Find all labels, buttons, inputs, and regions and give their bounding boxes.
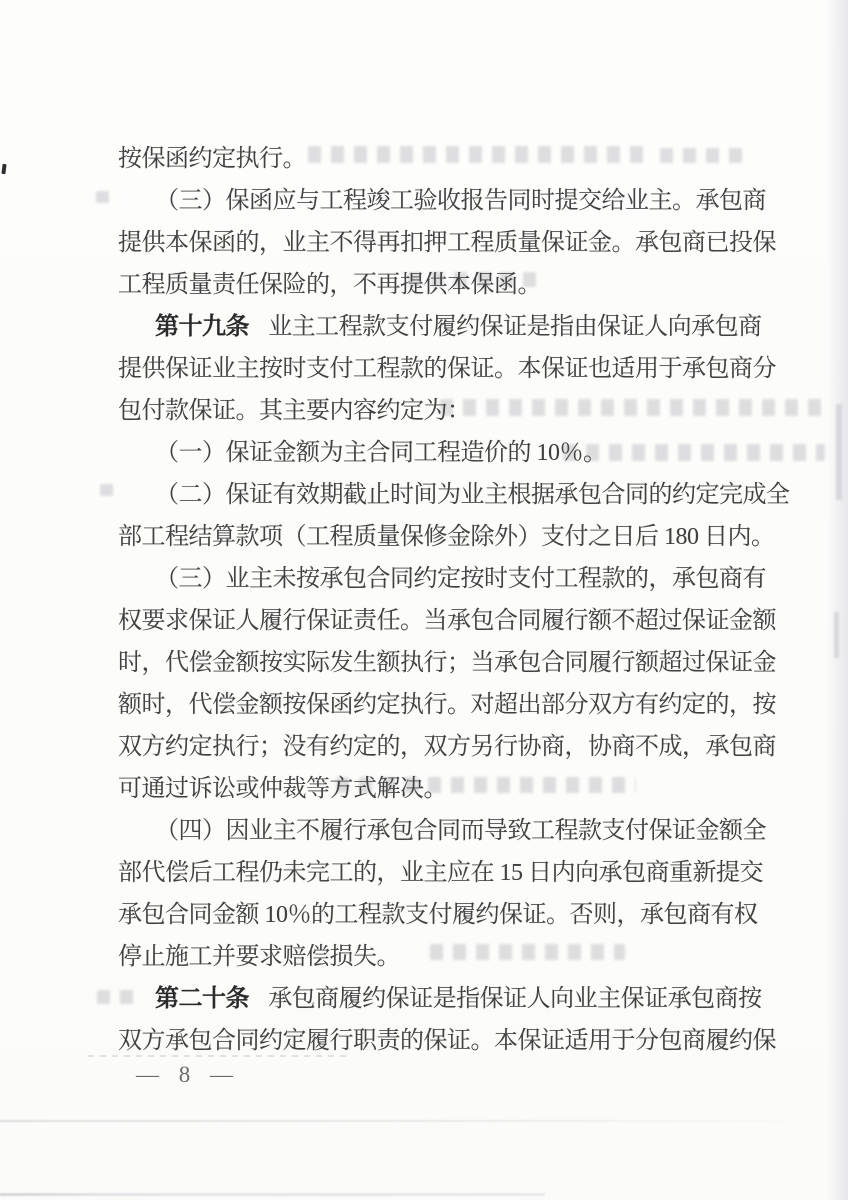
scan-bottom-streak (0, 1193, 545, 1196)
text-line: 承包合同金额 10％的工程款支付履约保证。否则，承包商有权 (118, 894, 762, 936)
scan-streak (0, 1120, 820, 1122)
line-text: 承包商履约保证是指保证人向业主保证承包商按 (268, 986, 762, 1012)
article-number: 第十九条 (155, 313, 249, 340)
document-body: 按保函约定执行。 （三）保函应与工程竣工验收报告同时提交给业主。承包商 提供本保… (118, 138, 762, 1062)
text-line: 部代偿后工程仍未完工的，业主应在 15 日内向承包商重新提交 (118, 852, 762, 894)
scan-right-shadow (826, 0, 848, 1200)
text-line: 提供保证业主按时支付工程款的保证。本保证也适用于承包商分 (118, 348, 762, 390)
page-number: — 8 — (136, 1060, 240, 1090)
scan-edge-tick (1, 164, 6, 174)
text-line: 可通过诉讼或仲裁等方式解决。 (118, 768, 762, 810)
bleed-through-smudge (100, 484, 118, 496)
text-line: 工程质量责任保险的，不再提供本保函。 (118, 264, 762, 306)
article-number: 第二十条 (155, 985, 249, 1012)
text-line: 包付款保证。其主要内容约定为： (118, 390, 762, 432)
scanned-document-page: 按保函约定执行。 （三）保函应与工程竣工验收报告同时提交给业主。承包商 提供本保… (0, 0, 848, 1200)
text-line: （三）保函应与工程竣工验收报告同时提交给业主。承包商 (118, 180, 762, 222)
text-line: 停止施工并要求赔偿损失。 (118, 936, 762, 978)
article-19-heading-line: 第十九条业主工程款支付履约保证是指由保证人向承包商 (118, 306, 762, 348)
text-line: （二）保证有效期截止时间为业主根据承包合同的约定完成全 (118, 474, 762, 516)
text-line: 按保函约定执行。 (118, 138, 762, 180)
text-line: （四）因业主不履行承包合同而导致工程款支付保证金额全 (118, 810, 762, 852)
text-line: 双方承包合同约定履行职责的保证。本保证适用于分包商履约保 (118, 1020, 762, 1062)
text-line: 部工程结算款项（工程质量保修金除外）支付之日后 180 日内。 (118, 516, 762, 558)
text-line: （三）业主未按承包合同约定按时支付工程款的，承包商有 (118, 558, 762, 600)
text-line: 双方约定执行；没有约定的，双方另行协商，协商不成，承包商 (118, 726, 762, 768)
bleed-through-smudge (96, 191, 114, 203)
text-line: 权要求保证人履行保证责任。当承包合同履行额不超过保证金额 (118, 600, 762, 642)
text-line: 额时，代偿金额按保函约定执行。对超出部分双方有约定的，按 (118, 684, 762, 726)
text-line: （一）保证金额为主合同工程造价的 10％。 (118, 432, 762, 474)
text-line: 提供本保函的，业主不得再扣押工程质量保证金。承包商已投保 (118, 222, 762, 264)
text-line: 时，代偿金额按实际发生额执行；当承包合同履行额超过保证金 (118, 642, 762, 684)
line-text: 业主工程款支付履约保证是指由保证人向承包商 (268, 314, 762, 340)
article-20-heading-line: 第二十条承包商履约保证是指保证人向业主保证承包商按 (118, 978, 762, 1020)
